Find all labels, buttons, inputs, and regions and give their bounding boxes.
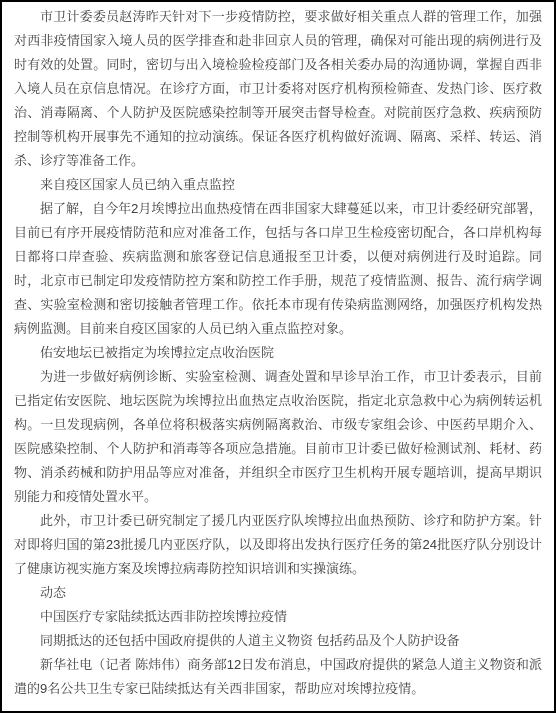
intro-paragraph: 市卫计委委员赵涛昨天针对下一步疫情防控，要求做好相关重点人群的管理工作，加强对西… (14, 5, 542, 173)
subheading-updates: 动态 (14, 581, 542, 605)
subheading-experts-arrival: 中国医疗专家陆续抵达西非防控埃博拉疫情 (14, 605, 542, 629)
hospitals-paragraph: 为进一步做好病例诊断、实验室检测、调查处置和早诊早治工作，市卫计委表示，目前已指… (14, 365, 542, 509)
supplies-paragraph: 同期抵达的还包括中国政府提供的人道主义物资 包括药品及个人防护设备 (14, 629, 542, 653)
subheading-key-monitoring: 来自疫区国家人员已纳入重点监控 (14, 173, 542, 197)
xinhua-paragraph: 新华社电（记者 陈炜伟）商务部12日发布消息，中国政府提供的紧急人道主义物资和派… (14, 653, 542, 701)
monitoring-paragraph: 据了解，自今年2月埃博拉出血热疫情在西非国家大肆蔓延以来，市卫计委经研究部署，目… (14, 197, 542, 341)
subheading-designated-hospitals: 佑安地坛已被指定为埃博拉定点收治医院 (14, 341, 542, 365)
document-page: 市卫计委委员赵涛昨天针对下一步疫情防控，要求做好相关重点人群的管理工作，加强对西… (0, 0, 556, 713)
medical-team-paragraph: 此外，市卫计委已研究制定了援几内亚医疗队埃博拉出血热预防、诊疗和防护方案。针对即… (14, 509, 542, 581)
